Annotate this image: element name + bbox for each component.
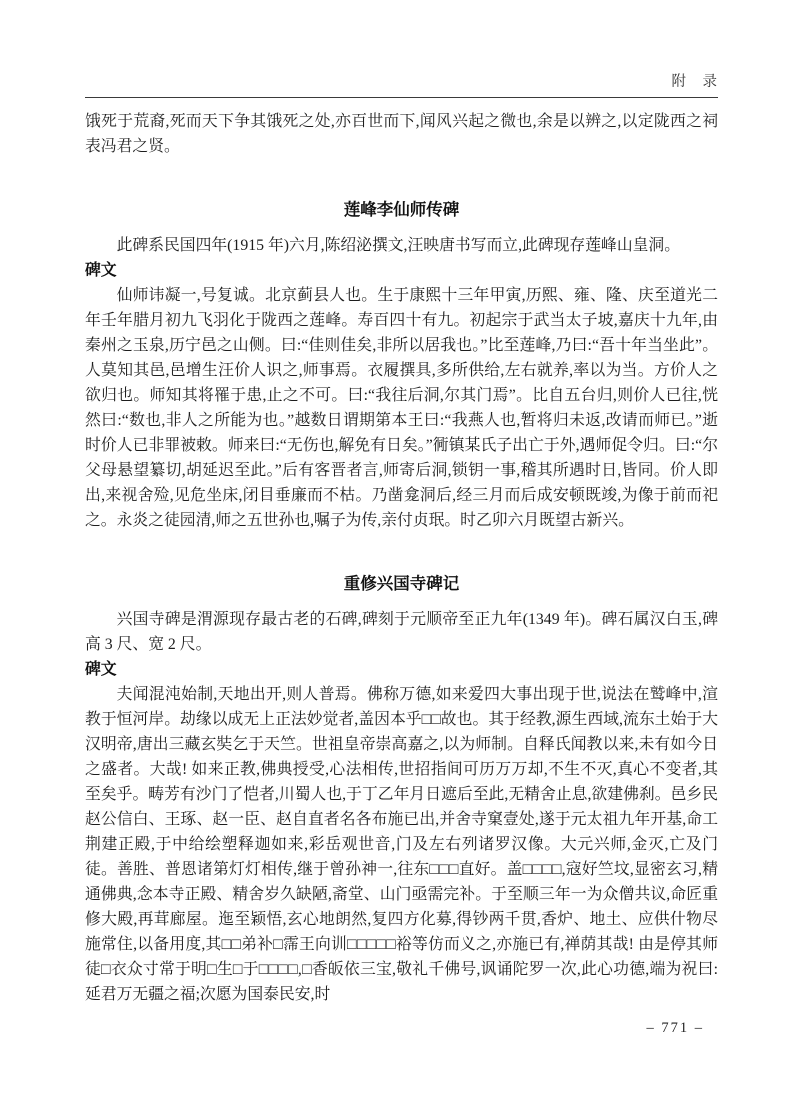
- section-body: 仙师讳凝一,号复诚。北京蓟县人也。生于康熙十三年甲寅,历熙、雍、隆、庆至道光二年…: [85, 283, 718, 533]
- section-chongxiu-xingguosi: 重修兴国寺碑记 兴国寺碑是渭源现存最古老的石碑,碑刻于元顺帝至正九年(1349 …: [85, 570, 718, 1007]
- section-intro: 此碑系民国四年(1915 年)六月,陈绍泌撰文,汪映唐书写而立,此碑现存莲峰山皇…: [85, 233, 718, 258]
- section-intro: 兴国寺碑是渭源现存最古老的石碑,碑刻于元顺帝至正九年(1349 年)。碑石属汉白…: [85, 607, 718, 657]
- section-title: 重修兴国寺碑记: [85, 570, 718, 594]
- book-page: 附 录 饿死于荒裔,死而天下争其饿死之处,亦百世而下,闻风兴起之微也,余是以辨之…: [0, 0, 800, 1093]
- page-number: – 771 –: [647, 1020, 705, 1037]
- running-header: 附 录: [85, 0, 718, 91]
- section-lianfeng-li-xianshi: 莲峰李仙师传碑 此碑系民国四年(1915 年)六月,陈绍泌撰文,汪映唐书写而立,…: [85, 196, 718, 533]
- subheading-beiwen: 碑文: [85, 657, 718, 682]
- subheading-beiwen: 碑文: [85, 258, 718, 283]
- continuation-paragraph: 饿死于荒裔,死而天下争其饿死之处,亦百世而下,闻风兴起之微也,余是以辨之,以定陇…: [85, 109, 718, 159]
- page-content: 附 录 饿死于荒裔,死而天下争其饿死之处,亦百世而下,闻风兴起之微也,余是以辨之…: [85, 0, 718, 1007]
- section-body: 夫闻混沌始制,天地出开,则人普焉。佛称万德,如来爱四大事出现于世,说法在鹫峰中,…: [85, 682, 718, 1007]
- section-title: 莲峰李仙师传碑: [85, 196, 718, 220]
- header-rule: [85, 97, 718, 98]
